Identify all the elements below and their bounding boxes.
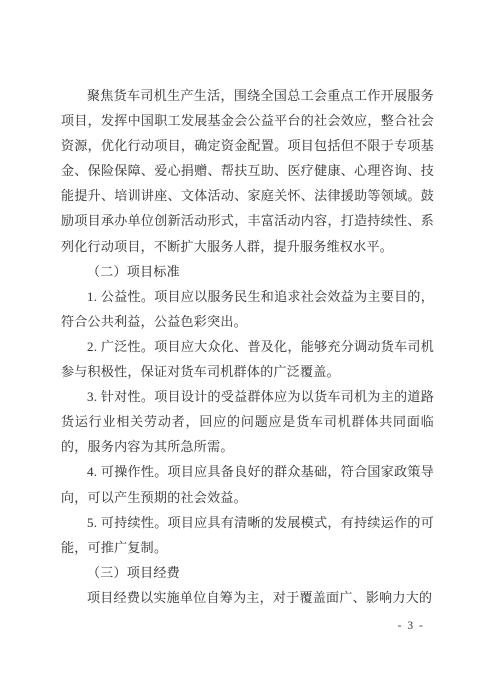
paragraph-intro: 聚焦货车司机生产生活，围绕全国总工会重点工作开展服务项目，发挥中国职工发展基金会…: [61, 83, 434, 259]
numbered-item-4: 4. 可操作性。项目应具备良好的群众基础，符合国家政策导向，可以产生预期的社会效…: [61, 459, 434, 509]
paragraph-funding: 项目经费以实施单位自筹为主，对于覆盖面广、影响力大的: [61, 585, 434, 610]
numbered-item-2: 2. 广泛性。项目应大众化、普及化，能够充分调动货车司机参与积极性，保证对货车司…: [61, 334, 434, 384]
section-heading-project-funding: （三）项目经费: [61, 560, 434, 585]
document-page: 聚焦货车司机生产生活，围绕全国总工会重点工作开展服务项目，发挥中国职工发展基金会…: [0, 0, 495, 700]
document-body: 聚焦货车司机生产生活，围绕全国总工会重点工作开展服务项目，发挥中国职工发展基金会…: [61, 83, 434, 610]
numbered-item-3: 3. 针对性。项目设计的受益群体应为以货车司机为主的道路货运行业相关劳动者，回应…: [61, 384, 434, 459]
section-heading-project-standards: （二）项目标准: [61, 259, 434, 284]
numbered-item-5: 5. 可持续性。项目应具有清晰的发展模式，有持续运作的可能，可推广复制。: [61, 510, 434, 560]
page-number: - 3 -: [386, 620, 436, 632]
numbered-item-1: 1. 公益性。项目应以服务民生和追求社会效益为主要目的，符合公共利益，公益色彩突…: [61, 284, 434, 334]
